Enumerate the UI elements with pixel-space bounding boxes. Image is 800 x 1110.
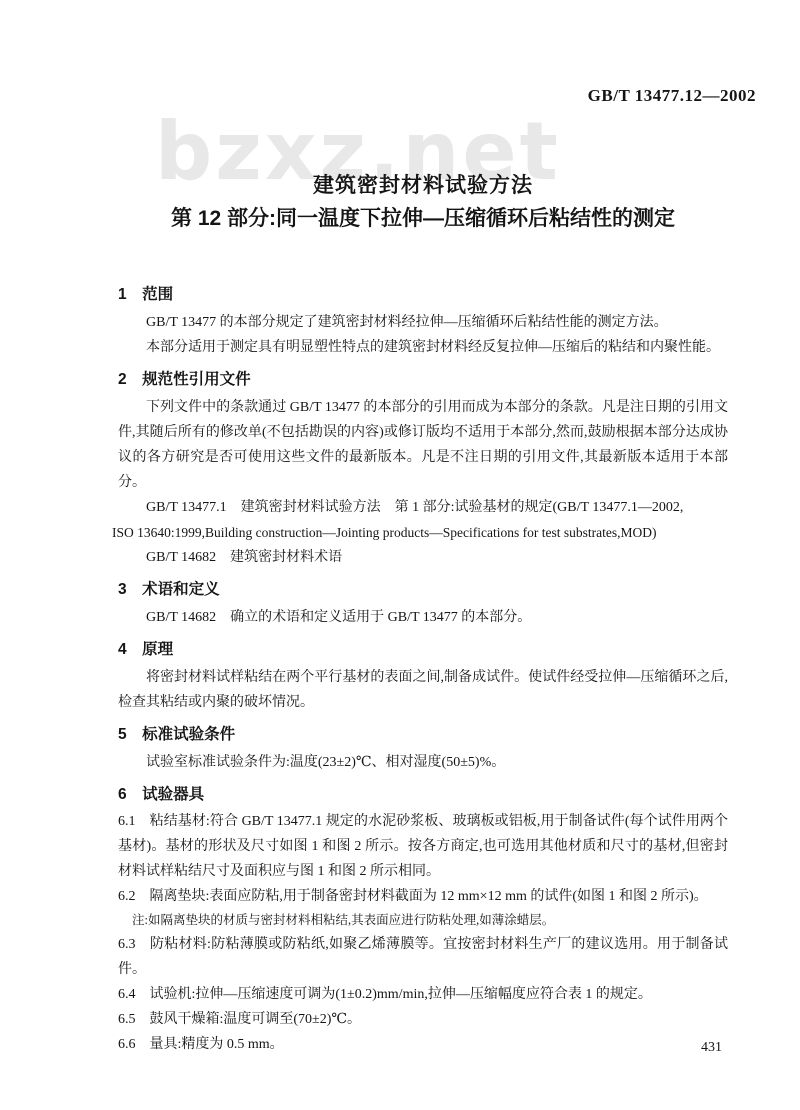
section-2-heading: 2 规范性引用文件 (118, 368, 728, 392)
clause-6-2-note: 注:如隔离垫块的材质与密封材料相粘结,其表面应进行防粘处理,如薄涂蜡层。 (132, 910, 728, 931)
section-4-paragraph: 将密封材料试样粘结在两个平行基材的表面之间,制备成试件。使试件经受拉伸—压缩循环… (118, 665, 728, 715)
section-1-heading: 1 范围 (118, 283, 728, 307)
section-2-reference-1: GB/T 13477.1 建筑密封材料试验方法 第 1 部分:试验基材的规定(G… (118, 495, 728, 520)
page-number: 431 (701, 1040, 722, 1056)
clause-6-6: 6.6 量具:精度为 0.5 mm。 (118, 1032, 728, 1057)
clause-6-2: 6.2 隔离垫块:表面应防粘,用于制备密封材料截面为 12 mm×12 mm 的… (118, 884, 728, 909)
section-6-heading: 6 试验器具 (118, 783, 728, 807)
section-2-reference-2: ISO 13640:1999,Building construction—Joi… (112, 520, 728, 545)
section-1-paragraph-1: GB/T 13477 的本部分规定了建筑密封材料经拉伸—压缩循环后粘结性能的测定… (118, 310, 728, 335)
clause-6-5: 6.5 鼓风干燥箱:温度可调至(70±2)℃。 (118, 1007, 728, 1032)
document-title: 建筑密封材料试验方法 (118, 172, 728, 200)
clause-6-3: 6.3 防粘材料:防粘薄膜或防粘纸,如聚乙烯薄膜等。宜按密封材料生产厂的建议选用… (118, 932, 728, 982)
section-2-paragraph: 下列文件中的条款通过 GB/T 13477 的本部分的引用而成为本部分的条款。凡… (118, 395, 728, 495)
clause-6-4: 6.4 试验机:拉伸—压缩速度可调为(1±0.2)mm/min,拉伸—压缩幅度应… (118, 982, 728, 1007)
document-body: 建筑密封材料试验方法 第 12 部分:同一温度下拉伸—压缩循环后粘结性的测定 1… (118, 0, 728, 1057)
section-4-heading: 4 原理 (118, 638, 728, 662)
section-5-heading: 5 标准试验条件 (118, 723, 728, 747)
section-5-paragraph: 试验室标准试验条件为:温度(23±2)℃、相对湿度(50±5)%。 (118, 750, 728, 775)
section-1-paragraph-2: 本部分适用于测定具有明显塑性特点的建筑密封材料经反复拉伸—压缩后的粘结和内聚性能… (118, 335, 728, 360)
document-page: bzxz.net GB/T 13477.12—2002 建筑密封材料试验方法 第… (0, 0, 800, 1110)
section-2-reference-3: GB/T 14682 建筑密封材料术语 (118, 545, 728, 570)
clause-6-1: 6.1 粘结基材:符合 GB/T 13477.1 规定的水泥砂浆板、玻璃板或铝板… (118, 809, 728, 884)
section-3-paragraph: GB/T 14682 确立的术语和定义适用于 GB/T 13477 的本部分。 (118, 605, 728, 630)
section-3-heading: 3 术语和定义 (118, 578, 728, 602)
document-subtitle: 第 12 部分:同一温度下拉伸—压缩循环后粘结性的测定 (118, 205, 728, 233)
standard-number: GB/T 13477.12—2002 (588, 86, 756, 106)
